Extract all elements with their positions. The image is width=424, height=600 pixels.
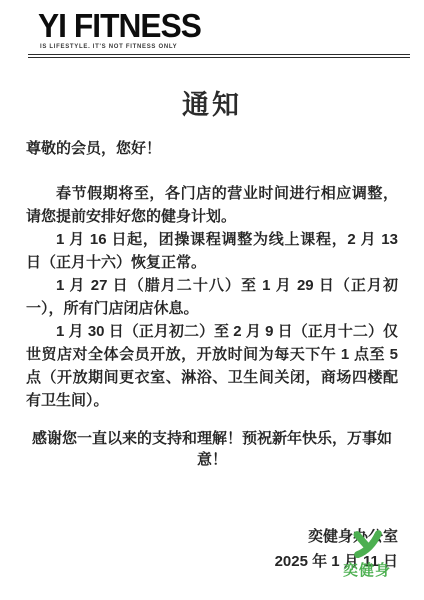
notice-title: 通知	[26, 83, 398, 122]
footer-brand: 奕健身	[332, 530, 402, 580]
brand-logo-text: YI FITNESS	[38, 8, 395, 44]
paragraph-intro: 春节假期将至，各门店的营业时间进行相应调整，请您提前安排好您的健身计划。	[26, 182, 398, 228]
notice-body: 春节假期将至，各门店的营业时间进行相应调整，请您提前安排好您的健身计划。 1 月…	[26, 182, 398, 412]
paragraph-closure: 1 月 27 日（腊月二十八）至 1 月 29 日（正月初一），所有门店闭店休息…	[26, 274, 398, 320]
paragraph-limited-hours: 1 月 30 日（正月初二）至 2 月 9 日（正月十二）仅世贸店对全体会员开放…	[26, 320, 398, 412]
brand-tagline: IS LIFESTYLE. IT'S NOT FITNESS ONLY	[40, 44, 410, 50]
notice-page: YI FITNESS IS LIFESTYLE. IT'S NOT FITNES…	[0, 0, 424, 600]
greeting-line: 尊敬的会员，您好！	[26, 137, 398, 158]
footer-brand-name: 奕健身	[332, 559, 402, 580]
header-divider	[28, 54, 410, 58]
notice-content: 通知 尊敬的会员，您好！ 春节假期将至，各门店的营业时间进行相应调整，请您提前安…	[0, 83, 424, 574]
closing-thanks-line: 感谢您一直以来的支持和理解！预祝新年快乐，万事如意！	[26, 427, 398, 469]
paragraph-group-class: 1 月 16 日起，团操课程调整为线上课程，2 月 13 日（正月十六）恢复正常…	[26, 228, 398, 274]
letterhead: YI FITNESS IS LIFESTYLE. IT'S NOT FITNES…	[28, 8, 410, 58]
yi-fitness-logo-icon	[350, 530, 384, 558]
